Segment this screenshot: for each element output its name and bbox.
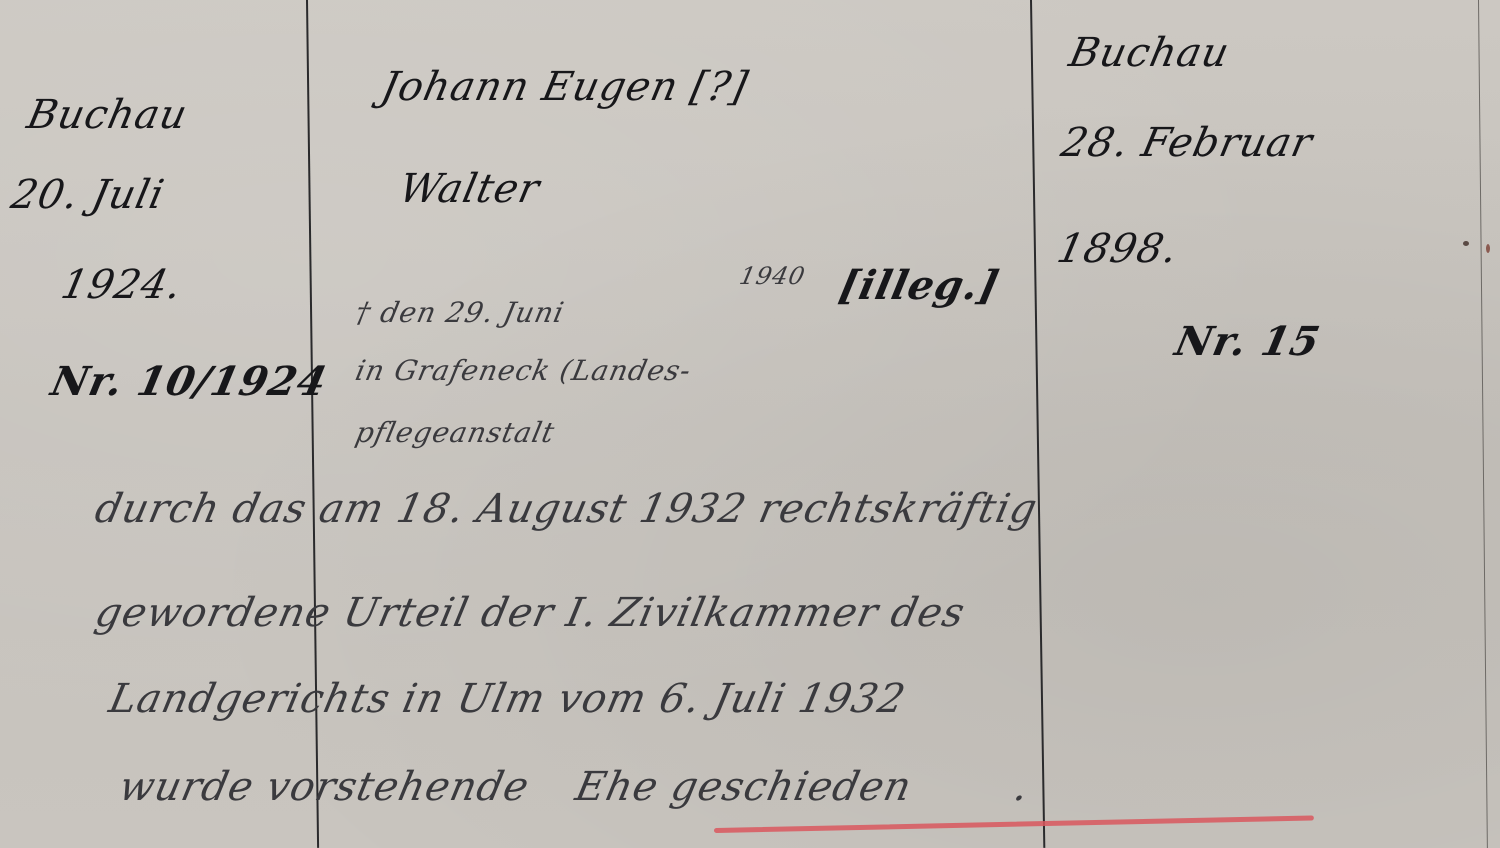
right-year: 1898. [1053,226,1182,272]
remark-line-4-end: . [1010,764,1033,810]
red-underline-mark [714,815,1314,833]
page-edge-line [1478,0,1488,848]
remark-line-1: durch das am 18. August 1932 rechtskräft… [91,486,1042,532]
left-place: Buchau [23,92,192,138]
remark-line-2: gewordene Urteil der I. Zivilkammer des [91,590,969,636]
remark-line-3: Landgerichts in Ulm vom 6. Juli 1932 [105,676,910,722]
death-line-3: pflegeanstalt [352,416,558,449]
column-divider-right [1030,0,1045,848]
left-reference: Nr. 10/1924 [47,358,331,405]
name-line-1: Johann Eugen [?] [377,64,752,110]
death-line-1: † den 29. Juni [352,296,567,329]
death-year: 1940 [737,262,808,290]
right-reference: Nr. 15 [1171,318,1324,365]
name-line-2: Walter [395,166,544,212]
death-line-2: in Grafeneck (Landes- [352,354,694,387]
document-page: Buchau 20. Juli 1924. Nr. 10/1924 Johann… [0,0,1500,848]
right-place: Buchau [1065,30,1234,76]
left-date: 20. Juli [7,172,168,218]
remark-underlined-phrase: Ehe geschieden [572,764,917,810]
paper-speck [1463,241,1469,246]
death-annotation: [illeg.] [835,262,1004,309]
remark-line-4: wurde vorstehende Ehe geschieden . [115,764,1033,810]
death-date: den 29. Juni [377,296,567,329]
death-symbol: † [352,296,374,329]
paper-speck [1486,244,1490,253]
right-date: 28. Februar [1057,120,1317,166]
remark-line-4-start: wurde vorstehende [115,764,533,810]
left-year: 1924. [57,262,186,308]
